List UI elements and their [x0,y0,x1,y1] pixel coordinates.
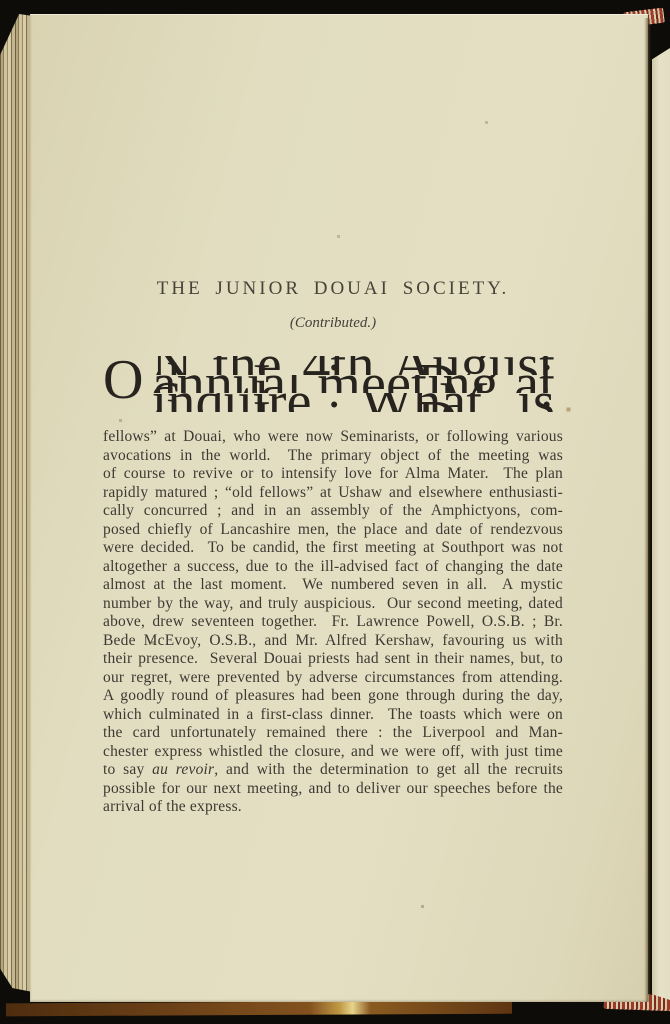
text-line: posed chiefly of Lancashire men, the pla… [103,521,563,540]
text-line: A goodly round of pleasures had been gon… [103,687,563,706]
text-line: which culminated in a first-class dinner… [103,706,563,725]
paragraph: ON the 4th August the Junior Douai Socie… [103,354,563,410]
text-line: possible for our next meeting, and to de… [103,780,563,799]
article-body: ON the 4th August the Junior Douai Socie… [103,354,563,817]
text-line: almost at the last moment. We numbered s… [103,576,563,595]
text-line: to say au revoir, and with the determina… [103,761,563,780]
facing-page-edge [652,48,670,1000]
text-line: arrival of the express. [103,798,563,817]
paper-specks [0,0,1,1]
text-line: were decided. To be candid, the first me… [103,539,563,558]
text-line: annual meeting at Southport. Most probab… [152,375,555,394]
text-line: their presence. Several Douai priests ha… [103,650,563,669]
text-line: altogether a success, due to the ill-adv… [103,558,563,577]
text-line: fellows” at Douai, who were now Seminari… [103,428,563,447]
text-line: the card unfortunately remained there : … [103,724,563,743]
text-line: our regret, were prevented by adverse ci… [103,669,563,688]
cover-edge-strip [6,1001,512,1017]
text-line: number by the way, and truly auspicious.… [103,595,563,614]
text-line: N the 4th August the Junior Douai Societ… [152,356,555,375]
text-line: rapidly matured ; “old fellows” at Ushaw… [103,484,563,503]
gutter-line [644,18,651,1002]
drop-cap: O [103,356,152,412]
paragraph: To the Rhetoric Class of ’95 occurred th… [103,391,563,817]
text-line: inquire, What is the Junior Douai Societ… [152,393,555,412]
text-line: of course to revive or to intensify love… [103,465,563,484]
text-line: Bede McEvoy, O.S.B., and Mr. Alfred Kers… [103,632,563,651]
scanned-book-photo: THE JUNIOR DOUAI SOCIETY. (Contributed.)… [0,0,670,1024]
printed-text-area: THE JUNIOR DOUAI SOCIETY. (Contributed.)… [103,278,563,817]
page-stack-edge [0,14,33,992]
text-line: above, drew seventeen together. Fr. Lawr… [103,613,563,632]
text-line: avocations in the world. The primary obj… [103,447,563,466]
text-line: cally concurred ; and in an assembly of … [103,502,563,521]
byline: (Contributed.) [103,314,563,332]
text-line: chester express whistled the closure, an… [103,743,563,762]
page-title: THE JUNIOR DOUAI SOCIETY. [103,278,563,300]
